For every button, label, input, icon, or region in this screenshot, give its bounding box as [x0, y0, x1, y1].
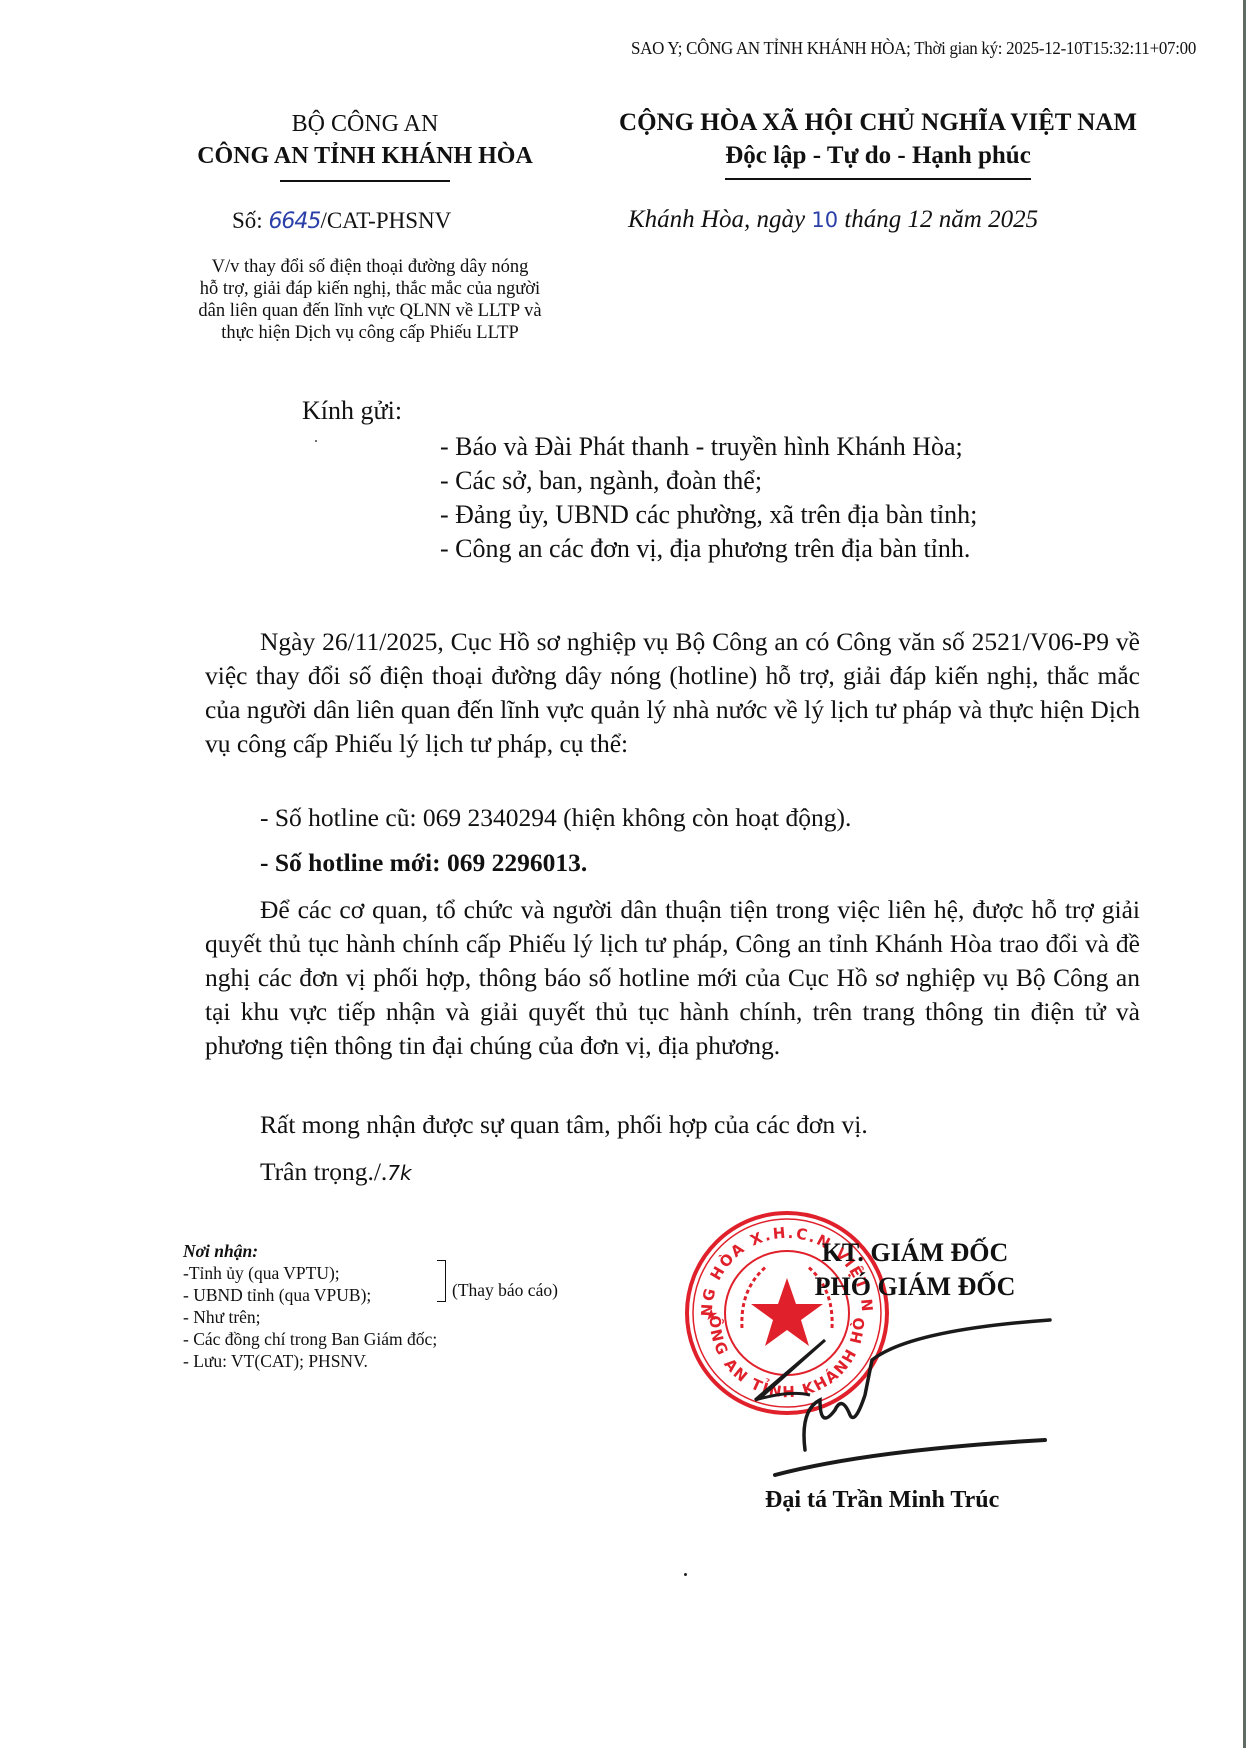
document-number: Số: 6645/CAT-PHSNV [232, 208, 451, 234]
date-day-handwritten: 10 [811, 208, 838, 232]
doc-no-suffix: /CAT-PHSNV [320, 208, 451, 233]
old-hotline: - Số hotline cũ: 069 2340294 (hiện không… [260, 803, 851, 833]
closing-text: Trân trọng./. [260, 1157, 387, 1186]
new-hotline: - Số hotline mới: 069 2296013. [260, 848, 587, 878]
recipients-block: Nơi nhận: -Tỉnh ủy (qua VPTU); - UBND tỉ… [183, 1240, 437, 1372]
place-date: Khánh Hòa, ngày 10 tháng 12 năm 2025 [628, 206, 1038, 234]
doc-no-prefix: Số: [232, 208, 268, 233]
national-motto: Độc lập - Tự do - Hạnh phúc [725, 139, 1031, 180]
brace-icon [437, 1260, 446, 1302]
agency-name: CÔNG AN TỈNH KHÁNH HÒA [160, 140, 570, 172]
recipient-item: -Tỉnh ủy (qua VPTU); [183, 1262, 437, 1284]
ministry-name: BỘ CÔNG AN [160, 108, 570, 140]
recipients-title: Nơi nhận: [183, 1240, 437, 1262]
svg-text:★: ★ [704, 1307, 718, 1324]
addressee-item: - Báo và Đài Phát thanh - truyền hình Kh… [440, 430, 977, 464]
brace-note: (Thay báo cáo) [452, 1280, 558, 1301]
handwritten-signature-icon [750, 1300, 1070, 1480]
recipient-item: - Lưu: VT(CAT); PHSNV. [183, 1350, 437, 1372]
signer-name: Đại tá Trần Minh Trúc [765, 1487, 999, 1514]
on-behalf-label: KT. GIÁM ĐỐC [770, 1236, 1060, 1270]
closing-line: Trân trọng./.7k [260, 1155, 412, 1190]
subject-line: thực hiện Dịch vụ công cấp Phiếu LLTP [160, 322, 580, 344]
subject-summary: V/v thay đổi số điện thoại đường dây nón… [160, 256, 580, 344]
addressee-label: Kính gửi: [302, 396, 402, 426]
addressee-item: - Công an các đơn vị, địa phương trên đị… [440, 532, 977, 566]
date-prefix: Khánh Hòa, ngày [628, 206, 811, 233]
signature-title: KT. GIÁM ĐỐC PHÓ GIÁM ĐỐC [770, 1236, 1060, 1304]
digital-signature-stamp: SAO Y; CÔNG AN TỈNH KHÁNH HÒA; Thời gian… [631, 38, 1196, 59]
recipient-item: - Như trên; [183, 1306, 437, 1328]
recipient-item: - Các đồng chí trong Ban Giám đốc; [183, 1328, 437, 1350]
header-rule [280, 180, 450, 182]
scan-speck [315, 440, 317, 442]
signer-position: PHÓ GIÁM ĐỐC [770, 1270, 1060, 1304]
addressee-list: - Báo và Đài Phát thanh - truyền hình Kh… [440, 430, 977, 566]
national-title: CỘNG HÒA XÃ HỘI CHỦ NGHĨA VIỆT NAM [583, 106, 1173, 139]
closing-initial-handwritten: 7k [387, 1161, 411, 1185]
doc-no-handwritten: 6645 [268, 209, 320, 234]
subject-line: hỗ trợ, giải đáp kiến nghị, thắc mắc của… [160, 278, 580, 300]
body-paragraph-2: Để các cơ quan, tổ chức và người dân thu… [205, 893, 1140, 1063]
body-paragraph-3: Rất mong nhận được sự quan tâm, phối hợp… [260, 1108, 868, 1142]
addressee-item: - Các sở, ban, ngành, đoàn thể; [440, 464, 977, 498]
issuer-header: BỘ CÔNG AN CÔNG AN TỈNH KHÁNH HÒA [160, 108, 570, 182]
subject-line: V/v thay đổi số điện thoại đường dây nón… [160, 256, 580, 278]
national-header: CỘNG HÒA XÃ HỘI CHỦ NGHĨA VIỆT NAM Độc l… [583, 106, 1173, 180]
body-paragraph-1: Ngày 26/11/2025, Cục Hồ sơ nghiệp vụ Bộ … [205, 625, 1140, 761]
addressee-item: - Đảng ủy, UBND các phường, xã trên địa … [440, 498, 977, 532]
date-suffix: tháng 12 năm 2025 [838, 206, 1038, 233]
recipient-item: - UBND tỉnh (qua VPUB); [183, 1284, 437, 1306]
subject-line: dân liên quan đến lĩnh vực QLNN về LLTP … [160, 300, 580, 322]
scan-speck [684, 1573, 687, 1576]
